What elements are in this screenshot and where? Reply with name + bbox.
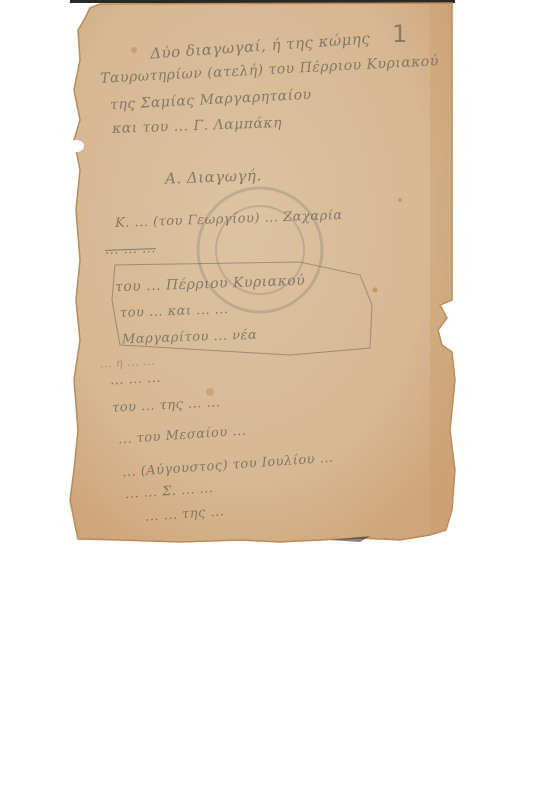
manuscript-line-struck: ... ... ...: [105, 241, 156, 258]
manuscript-line: ... ... ...: [110, 371, 162, 389]
page-number: 1: [392, 20, 407, 48]
section-heading: Α. Διαγωγή.: [165, 166, 262, 187]
